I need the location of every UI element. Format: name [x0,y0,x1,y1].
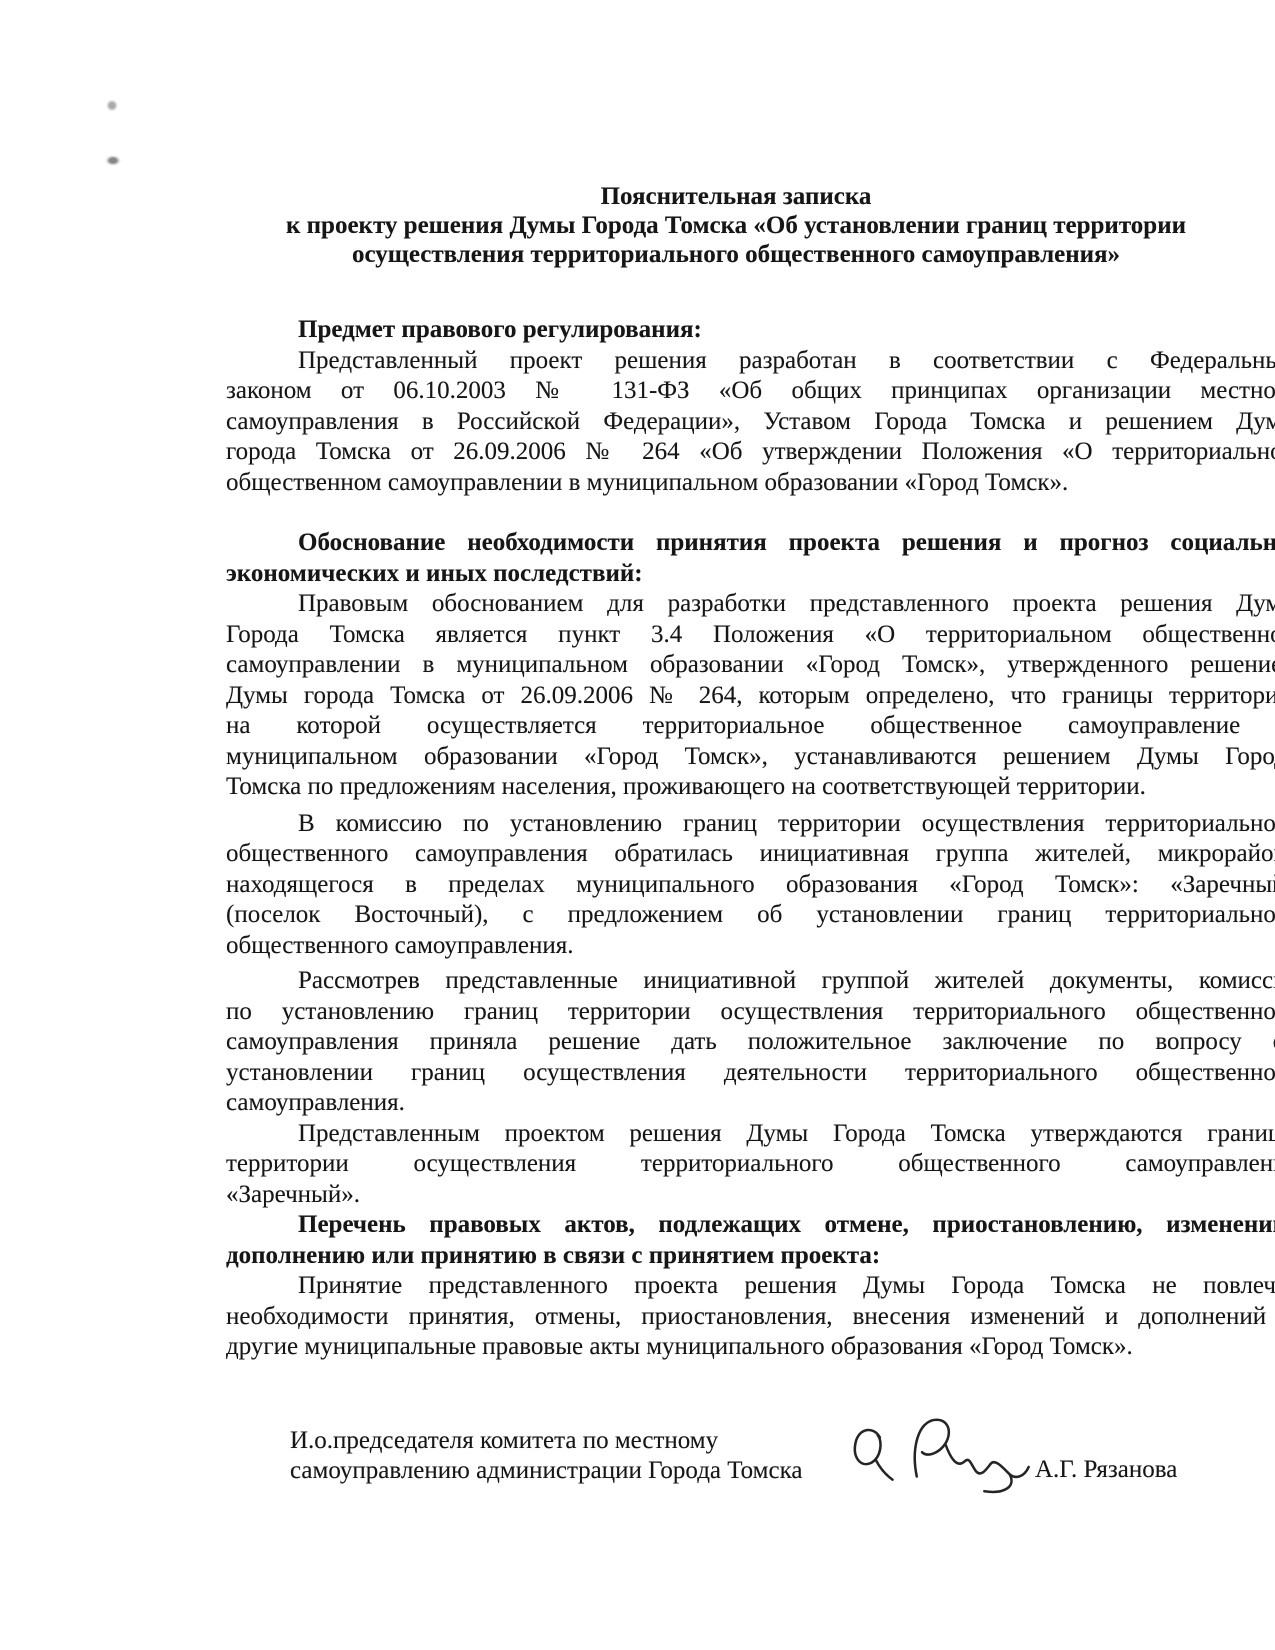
rationale-paragraph-1: Правовым обоснованием для разработки пре… [226,589,1275,803]
document-body: Предмет правового регулирования:Представ… [226,315,1275,1363]
text-line: необходимости принятия, отмены, приостан… [226,1302,1275,1333]
text-line: (поселок Восточный), с предложением об у… [226,900,1275,931]
text-line: Перечень правовых актов, подлежащих отме… [226,1210,1275,1241]
text-line: самоуправления. [226,1088,1275,1119]
text-line: установлении границ осуществления деятел… [226,1058,1275,1089]
text-line: Пояснительная записка [226,182,1246,211]
text-line: общественном самоуправлении в муниципаль… [226,468,1275,499]
scan-speck [106,99,118,112]
text-line: Предмет правового регулирования: [226,315,1275,346]
text-line: города Томска от 26.09.2006 № 264 «Об ут… [226,437,1275,468]
document-title: Пояснительная запискак проекту решения Д… [226,182,1246,269]
text-line: Принятие представленного проекта решения… [226,1271,1275,1302]
text-line: самоуправления в Российской Федерации», … [226,407,1275,438]
text-line: И.о.председателя комитета по местному [290,1426,1275,1456]
acts-heading: Перечень правовых актов, подлежащих отме… [226,1210,1275,1271]
text-line: Обоснование необходимости принятия проек… [226,528,1275,559]
text-line: находящегося в пределах муниципального о… [226,870,1275,901]
rationale-paragraph-3: Рассмотрев представленные инициативной г… [226,966,1275,1119]
text-line: законом от 06.10.2003 № 131-ФЗ «Об общих… [226,376,1275,407]
rationale-heading: Обоснование необходимости принятия проек… [226,528,1275,589]
text-line: другие муниципальные правовые акты муниц… [226,1332,1275,1363]
text-line: В комиссию по установлению границ террит… [226,809,1275,840]
text-line: общественного самоуправления. [226,931,1275,962]
text-line: дополнению или принятию в связи с принят… [226,1241,1275,1272]
rationale-paragraph-2: В комиссию по установлению границ террит… [226,809,1275,962]
text-line: территории осуществления территориальног… [226,1149,1275,1180]
acts-paragraph: Принятие представленного проекта решения… [226,1271,1275,1363]
text-line: Представленным проектом решения Думы Гор… [226,1119,1275,1150]
text-line: самоуправлении в муниципальном образован… [226,650,1275,681]
signature-block: И.о.председателя комитета по местномусам… [0,1426,1275,1566]
text-line: самоуправления приняла решение дать поло… [226,1027,1275,1058]
text-line: Томска по предложениям населения, прожив… [226,772,1275,803]
text-line: Думы города Томска от 26.09.2006 № 264, … [226,681,1275,712]
text-line: «Заречный». [226,1180,1275,1211]
text-line: Представленный проект решения разработан… [226,346,1275,377]
text-line: общественного самоуправления обратилась … [226,839,1275,870]
text-line: Рассмотрев представленные инициативной г… [226,966,1275,997]
signature-scrawl [845,1412,1035,1504]
subject-heading: Предмет правового регулирования: [226,315,1275,346]
rationale-paragraph-4: Представленным проектом решения Думы Гор… [226,1119,1275,1211]
text-line: к проекту решения Думы Города Томска «Об… [226,211,1246,240]
subject-paragraph: Представленный проект решения разработан… [226,346,1275,499]
text-line: по установлению границ территории осущес… [226,997,1275,1028]
text-line: муниципальном образовании «Город Томск»,… [226,742,1275,773]
text-line: Правовым обоснованием для разработки пре… [226,589,1275,620]
text-line: осуществления территориального обществен… [226,240,1246,269]
text-line: на которой осуществляется территориально… [226,711,1275,742]
scan-speck [105,155,121,166]
scanned-document-page: Пояснительная запискак проекту решения Д… [0,0,1275,1650]
text-line: Города Томска является пункт 3.4 Положен… [226,620,1275,651]
signer-name: А.Г. Рязанова [1035,1456,1177,1484]
text-line: экономических и иных последствий: [226,559,1275,590]
